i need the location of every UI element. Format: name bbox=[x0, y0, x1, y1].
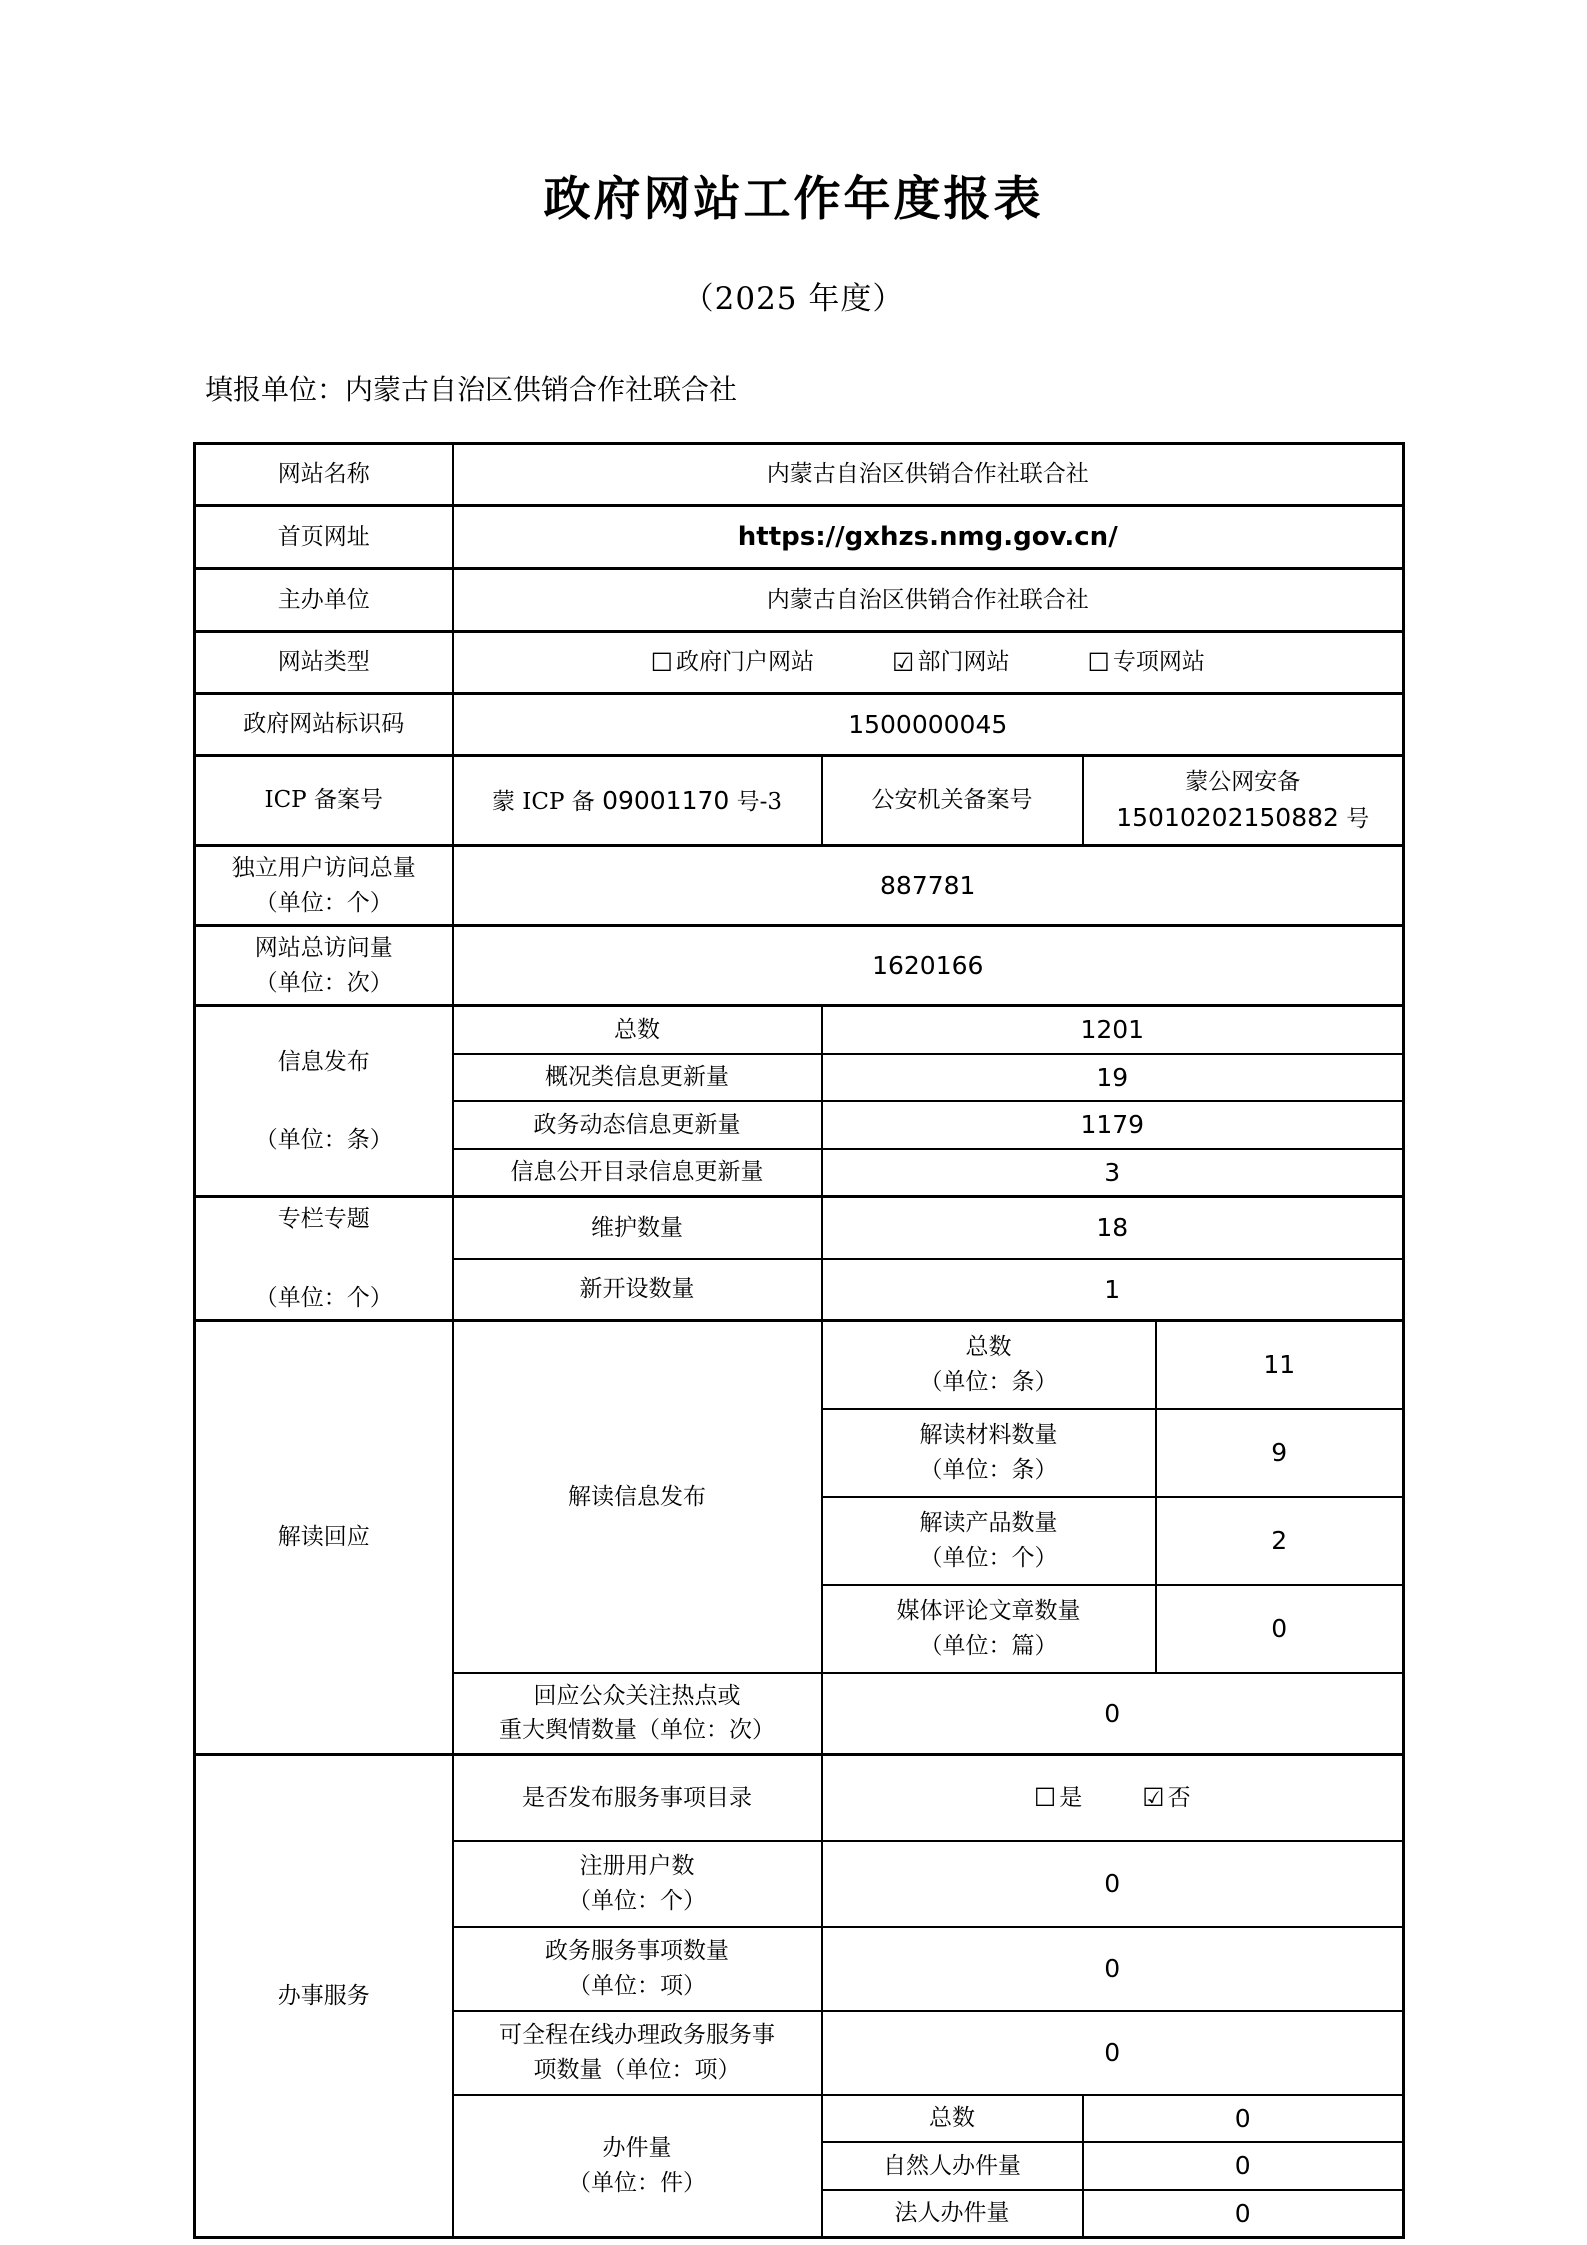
services-row-value: 0 bbox=[822, 1927, 1404, 2011]
police-record-label: 公安机关备案号 bbox=[822, 756, 1083, 846]
site-code-value: 1500000045 bbox=[453, 694, 1404, 756]
option-label: 部门网站 bbox=[917, 645, 1009, 680]
site-type-option-portal: ☐政府门户网站 bbox=[651, 645, 814, 680]
organizer-value: 内蒙古自治区供销合作社联合社 bbox=[453, 569, 1404, 632]
interpretation-row-value: 0 bbox=[1156, 1585, 1404, 1673]
services-label: 办事服务 bbox=[195, 1755, 453, 2238]
interpretation-label: 解读回应 bbox=[195, 1321, 453, 1755]
public-response-label: 回应公众关注热点或 重大舆情数量（单位：次） bbox=[453, 1673, 822, 1755]
info-publish-row-value: 19 bbox=[822, 1054, 1404, 1102]
volume-row-value: 0 bbox=[1083, 2095, 1404, 2143]
info-publish-row-label: 总数 bbox=[453, 1006, 822, 1054]
report-page: 政府网站工作年度报表 （2025 年度） 填报单位：内蒙古自治区供销合作社联合社… bbox=[0, 0, 1587, 2245]
police-record-value: 蒙公网安备 15010202150882 号 bbox=[1083, 756, 1404, 846]
site-type-value: ☐政府门户网站 ☑部门网站 ☐专项网站 bbox=[453, 632, 1404, 694]
info-publish-row-label: 概况类信息更新量 bbox=[453, 1054, 822, 1102]
site-code-label: 政府网站标识码 bbox=[195, 694, 453, 756]
info-publish-row-value: 1201 bbox=[822, 1006, 1404, 1054]
services-catalog-value: ☐是 ☑否 bbox=[822, 1755, 1404, 1841]
icp-value: 蒙 ICP 备 09001170 号-3 bbox=[453, 756, 822, 846]
volume-label: 办件量 （单位：件） bbox=[453, 2095, 822, 2238]
option-label: 专项网站 bbox=[1113, 645, 1205, 680]
site-type-option-special: ☐专项网站 bbox=[1087, 645, 1204, 680]
site-type-label: 网站类型 bbox=[195, 632, 453, 694]
public-response-value: 0 bbox=[822, 1673, 1404, 1755]
icp-label: ICP 备案号 bbox=[195, 756, 453, 846]
special-columns-row-label: 维护数量 bbox=[453, 1197, 822, 1259]
site-type-options: ☐政府门户网站 ☑部门网站 ☐专项网站 bbox=[462, 645, 1395, 680]
volume-row-label: 总数 bbox=[822, 2095, 1083, 2143]
checkbox-unchecked-icon: ☐ bbox=[1087, 650, 1109, 675]
page-title: 政府网站工作年度报表 bbox=[0, 0, 1587, 229]
interpretation-row-label: 解读材料数量 （单位：条） bbox=[822, 1409, 1156, 1497]
catalog-option-yes: ☐是 bbox=[1034, 1781, 1082, 1816]
volume-row-value: 0 bbox=[1083, 2190, 1404, 2238]
reporting-unit-value: 内蒙古自治区供销合作社联合社 bbox=[345, 373, 737, 406]
services-catalog-label: 是否发布服务事项目录 bbox=[453, 1755, 822, 1841]
info-publish-row-value: 1179 bbox=[822, 1101, 1404, 1149]
checkbox-unchecked-icon: ☐ bbox=[1034, 1785, 1056, 1810]
total-visits-value: 1620166 bbox=[453, 926, 1404, 1006]
site-name-value: 内蒙古自治区供销合作社联合社 bbox=[453, 444, 1404, 506]
catalog-option-no: ☑否 bbox=[1142, 1781, 1190, 1816]
services-catalog-options: ☐是 ☑否 bbox=[831, 1781, 1395, 1816]
special-columns-label: 专栏专题 （单位：个） bbox=[195, 1197, 453, 1321]
info-publish-row-label: 信息公开目录信息更新量 bbox=[453, 1149, 822, 1197]
checkbox-checked-icon: ☑ bbox=[1142, 1785, 1164, 1810]
checkbox-unchecked-icon: ☐ bbox=[651, 650, 673, 675]
info-publish-row-label: 政务动态信息更新量 bbox=[453, 1101, 822, 1149]
interpretation-row-value: 9 bbox=[1156, 1409, 1404, 1497]
page-subtitle: （2025 年度） bbox=[0, 273, 1587, 318]
site-name-label: 网站名称 bbox=[195, 444, 453, 506]
interpretation-row-label: 总数 （单位：条） bbox=[822, 1321, 1156, 1409]
interpretation-row-value: 11 bbox=[1156, 1321, 1404, 1409]
interpretation-row-label: 解读产品数量 （单位：个） bbox=[822, 1497, 1156, 1585]
unique-visitors-label: 独立用户访问总量 （单位：个） bbox=[195, 846, 453, 926]
checkbox-checked-icon: ☑ bbox=[892, 650, 914, 675]
site-type-option-department: ☑部门网站 bbox=[892, 645, 1009, 680]
interpretation-publish-label: 解读信息发布 bbox=[453, 1321, 822, 1673]
services-row-value: 0 bbox=[822, 1841, 1404, 1927]
services-row-label: 政务服务事项数量 （单位：项） bbox=[453, 1927, 822, 2011]
option-label: 是 bbox=[1059, 1781, 1082, 1816]
special-columns-row-value: 1 bbox=[822, 1259, 1404, 1321]
reporting-unit-label: 填报单位： bbox=[205, 373, 345, 406]
volume-row-label: 自然人办件量 bbox=[822, 2142, 1083, 2190]
unique-visitors-value: 887781 bbox=[453, 846, 1404, 926]
option-label: 政府门户网站 bbox=[676, 645, 814, 680]
option-label: 否 bbox=[1168, 1781, 1191, 1816]
report-table: 网站名称 内蒙古自治区供销合作社联合社 首页网址 https://gxhzs.n… bbox=[193, 442, 1405, 2239]
services-row-label: 可全程在线办理政务服务事 项数量（单位：项） bbox=[453, 2011, 822, 2095]
info-publish-row-value: 3 bbox=[822, 1149, 1404, 1197]
info-publish-label: 信息发布 （单位：条） bbox=[195, 1006, 453, 1197]
special-columns-row-value: 18 bbox=[822, 1197, 1404, 1259]
special-columns-row-label: 新开设数量 bbox=[453, 1259, 822, 1321]
volume-row-value: 0 bbox=[1083, 2142, 1404, 2190]
services-row-value: 0 bbox=[822, 2011, 1404, 2095]
services-row-label: 注册用户数 （单位：个） bbox=[453, 1841, 822, 1927]
organizer-label: 主办单位 bbox=[195, 569, 453, 632]
volume-row-label: 法人办件量 bbox=[822, 2190, 1083, 2238]
total-visits-label: 网站总访问量 （单位：次） bbox=[195, 926, 453, 1006]
interpretation-row-label: 媒体评论文章数量 （单位：篇） bbox=[822, 1585, 1156, 1673]
home-url-label: 首页网址 bbox=[195, 506, 453, 569]
interpretation-row-value: 2 bbox=[1156, 1497, 1404, 1585]
home-url-value: https://gxhzs.nmg.gov.cn/ bbox=[453, 506, 1404, 569]
reporting-unit-line: 填报单位：内蒙古自治区供销合作社联合社 bbox=[205, 368, 1587, 408]
